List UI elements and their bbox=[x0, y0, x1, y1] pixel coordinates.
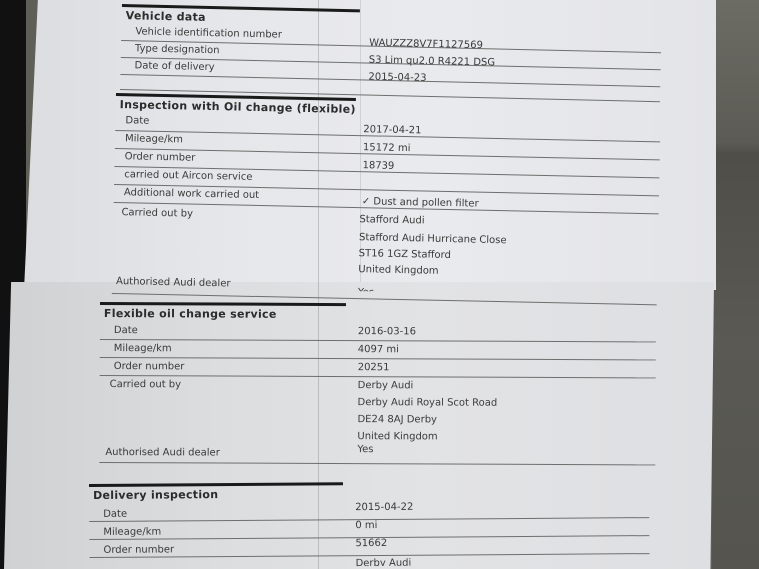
row-value: 18739 bbox=[362, 160, 394, 172]
row-label: Order number bbox=[103, 544, 174, 555]
row-value: Yes bbox=[357, 444, 373, 455]
row-value: 0 mi bbox=[355, 520, 377, 531]
dealer-street: Stafford Audi Hurricane Close bbox=[359, 232, 507, 246]
row-label: Order number bbox=[125, 151, 196, 163]
section-vehicle-data: Vehicle data Vehicle identification numb… bbox=[120, 4, 662, 102]
row-label: Order number bbox=[114, 361, 185, 372]
row-label: Carried out by bbox=[121, 207, 193, 219]
row-value: 20251 bbox=[358, 362, 390, 373]
dealer-name: Derby Audi bbox=[358, 380, 414, 391]
background-couch bbox=[712, 0, 759, 569]
row-mileage: Mileage/km 4097 mi bbox=[100, 340, 656, 360]
section-flexible-oil-change: Flexible oil change service Date 2016-03… bbox=[99, 302, 656, 465]
row-value: 2016-03-16 bbox=[358, 326, 416, 337]
carried-out-by-block: Carried out by Derby Audi Derby Audi Roy… bbox=[99, 376, 655, 446]
row-label: Additional work carried out bbox=[124, 187, 259, 201]
row-label: Carried out by bbox=[110, 379, 181, 390]
row-value: 15172 mi bbox=[363, 142, 411, 154]
section-delivery-inspection: Delivery inspection Date 2015-04-22 Mile… bbox=[89, 480, 650, 568]
row-value: 51662 bbox=[355, 538, 387, 549]
dealer-postcode-city: ST16 1GZ Stafford bbox=[359, 248, 451, 261]
dealer-postcode-city: DE24 8AJ Derby bbox=[357, 414, 437, 425]
row-order-number: Order number 20251 bbox=[100, 358, 656, 378]
row-label: Mileage/km bbox=[103, 526, 161, 537]
row-value: 4097 mi bbox=[358, 344, 399, 355]
row-value: 2015-04-22 bbox=[355, 502, 413, 513]
row-label: Date of delivery bbox=[134, 60, 214, 73]
section-inspection-oil-change: Inspection with Oil change (flexible) Da… bbox=[112, 93, 661, 305]
row-label: Authorised Audi dealer bbox=[105, 447, 220, 458]
dealer-name: Stafford Audi bbox=[359, 214, 424, 226]
dealer-street: Derby Audi Royal Scot Road bbox=[358, 397, 498, 409]
row-label: Type designation bbox=[135, 43, 220, 56]
row-value: Yes bbox=[358, 287, 374, 291]
dealer-country: United Kingdom bbox=[357, 431, 437, 442]
row-label: Date bbox=[114, 325, 138, 336]
row-label: carried out Aircon service bbox=[124, 169, 252, 183]
row-authorised-dealer: Authorised Audi dealer Yes bbox=[99, 444, 655, 465]
row-label: Mileage/km bbox=[114, 343, 172, 354]
row-label: Authorised Audi dealer bbox=[116, 276, 231, 289]
carried-out-by-block: Carried out by Stafford Audi Stafford Au… bbox=[112, 203, 658, 286]
row-label: Date bbox=[103, 509, 127, 520]
row-value: 2017-04-21 bbox=[363, 124, 421, 136]
row-label: Date bbox=[125, 115, 149, 126]
row-date: Date 2016-03-16 bbox=[100, 322, 656, 342]
row-label: Mileage/km bbox=[125, 133, 183, 145]
row-label: Vehicle identification number bbox=[135, 26, 282, 40]
dealer-country: United Kingdom bbox=[358, 264, 438, 277]
